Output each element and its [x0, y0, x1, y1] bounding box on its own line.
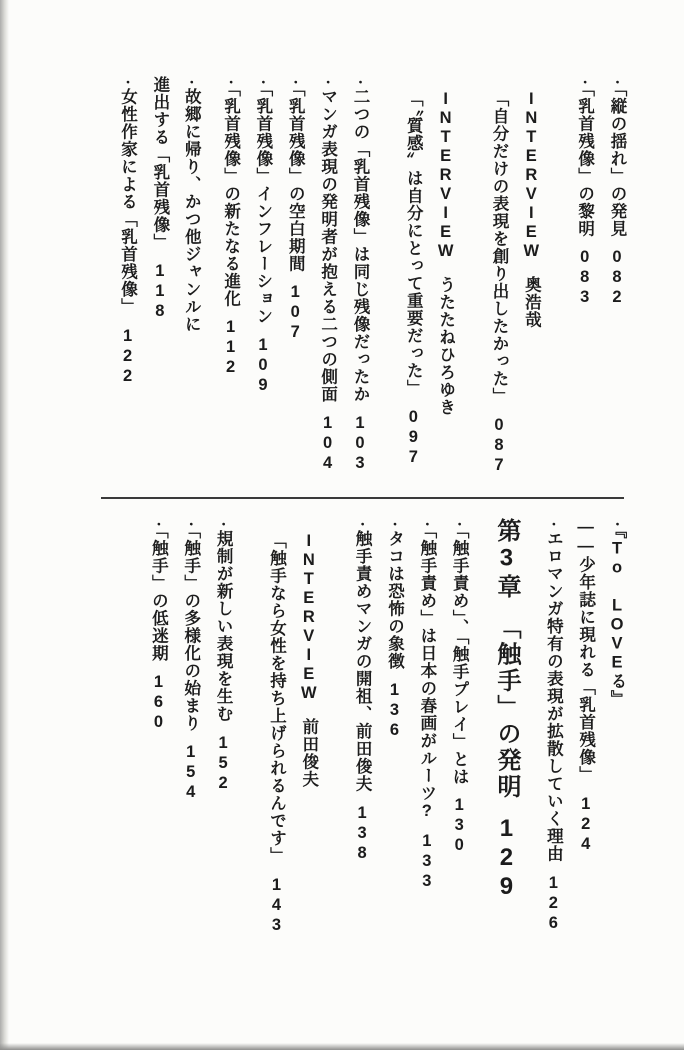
- interview-label: INTERVIEW: [437, 90, 455, 261]
- toc-entry-text: 二つの「乳首残像」は同じ残像だったか: [351, 88, 369, 403]
- toc-entry-page: 133: [418, 832, 436, 892]
- toc-entry-page: 154: [182, 743, 200, 803]
- bullet-icon: ・: [546, 518, 560, 530]
- bullet-icon: ・: [184, 518, 198, 530]
- toc-entry: ・「触手責め」は日本の春画がルーツ?133: [410, 518, 441, 954]
- bullet-icon: ・: [151, 518, 165, 530]
- toc-entry: ・触手責めマンガの開祖、前田俊夫138: [346, 518, 377, 954]
- toc-entry-page: 083: [576, 248, 594, 308]
- toc-entry-text: 「縦の揺れ」の発見: [608, 88, 626, 237]
- page-edge-shadow-bottom: [0, 1043, 684, 1050]
- toc-upper-section: ・「縦の揺れ」の発見082 ・「乳首残像」の黎明083 INTERVIEW奥浩哉…: [110, 76, 632, 496]
- toc-entry-page: 126: [544, 874, 562, 934]
- toc-entry-page: 118: [151, 262, 169, 322]
- section-divider: [101, 497, 624, 499]
- toc-lower-section: ・『To LOVEる』 ――少年誌に現れる「乳首残像」124 ・エロマンガ特有の…: [141, 518, 632, 954]
- toc-entry: ・規制が新しい表現を生む152: [207, 518, 238, 954]
- interview-label: INTERVIEW: [522, 90, 540, 261]
- toc-entry-text: エロマンガ特有の表現が拡散していく理由: [544, 530, 562, 863]
- chapter-title: 第3章 「触手」の発明: [493, 518, 520, 801]
- interview-heading: INTERVIEWうたたねひろゆき: [429, 76, 460, 496]
- toc-entry: ・エロマンガ特有の表現が拡散していく理由126: [537, 518, 568, 954]
- toc-entry-text: 「乳首残像」インフレーション: [254, 88, 272, 325]
- bullet-icon: ・: [610, 518, 624, 530]
- interview-name: 奥浩哉: [522, 276, 540, 329]
- toc-entry-page: 109: [254, 336, 272, 396]
- toc-entry: ・二つの「乳首残像」は同じ残像だったか103: [344, 76, 375, 496]
- toc-entry: ・「乳首残像」インフレーション109: [247, 76, 278, 496]
- toc-entry-text: タコは恐怖の象徴: [385, 530, 403, 670]
- toc-entry: 「〝質感〟は自分にとって重要だった」097: [397, 76, 428, 496]
- toc-entry-page: 136: [385, 681, 403, 741]
- bullet-icon: ・: [256, 76, 270, 88]
- page-edge-shadow-left: [0, 0, 9, 1050]
- toc-entry: ・『To LOVEる』 ――少年誌に現れる「乳首残像」124: [569, 518, 632, 954]
- toc-entry: ・「触手」の多様化の始まり154: [174, 518, 205, 954]
- toc-entry-page: 124: [577, 795, 595, 855]
- bullet-icon: ・: [420, 518, 434, 530]
- interview-heading: INTERVIEW奥浩哉: [515, 76, 546, 496]
- bullet-icon: ・: [355, 518, 369, 530]
- bullet-icon: ・: [610, 76, 624, 88]
- toc-entry-text: 『To LOVEる』 ――少年誌に現れる「乳首残像」: [577, 518, 626, 784]
- chapter-page: 129: [493, 815, 520, 902]
- book-page: ・「縦の揺れ」の発見082 ・「乳首残像」の黎明083 INTERVIEW奥浩哉…: [0, 0, 684, 1050]
- interview-name: 前田俊夫: [300, 718, 318, 788]
- toc-entry-page: 103: [351, 414, 369, 474]
- toc-entry-text: 「触手」の多様化の始まり: [182, 530, 200, 732]
- bullet-icon: ・: [121, 76, 135, 88]
- toc-entry: ・マンガ表現の発明者が抱える二つの側面104: [311, 76, 342, 496]
- toc-entry-text: 規制が新しい表現を生む: [214, 530, 232, 723]
- toc-entry-page: 160: [149, 673, 167, 733]
- toc-entry-page: 152: [214, 734, 232, 794]
- toc-entry: 「自分だけの表現を創り出したかった」087: [483, 76, 514, 496]
- chapter-heading: 第3章 「触手」の発明129: [488, 518, 523, 954]
- toc-entry-text: 女性作家による「乳首残像」: [119, 88, 137, 316]
- toc-entry: ・「乳首残像」の新たなる進化112: [214, 76, 245, 496]
- bullet-icon: ・: [224, 76, 238, 88]
- toc-entry-text: 「自分だけの表現を創り出したかった」: [490, 90, 508, 405]
- toc-entry-page: 143: [267, 876, 285, 936]
- toc-entry: ・「触手責め」、「触手プレイ」とは130: [443, 518, 474, 954]
- toc-entry: ・女性作家による「乳首残像」122: [111, 76, 142, 496]
- toc-entry-text: 触手責めマンガの開祖、前田俊夫: [353, 530, 371, 793]
- toc-entry-text: 「乳首残像」の空白期間: [286, 88, 304, 272]
- toc-entry: ・「乳首残像」の空白期間107: [279, 76, 310, 496]
- bullet-icon: ・: [288, 76, 302, 88]
- interview-name: うたたねひろゆき: [437, 276, 455, 416]
- toc-entry: ・「縦の揺れ」の発見082: [601, 76, 632, 496]
- bullet-icon: ・: [321, 76, 335, 88]
- toc-entry: ・タコは恐怖の象徴136: [378, 518, 409, 954]
- interview-label: INTERVIEW: [300, 532, 318, 703]
- toc-entry-text: 「触手責め」は日本の春画がルーツ?: [418, 530, 436, 821]
- toc-entry-page: 122: [119, 327, 137, 387]
- toc-entry-page: 138: [353, 804, 371, 864]
- toc-entry: ・故郷に帰り、かつ他ジャンルに 進出する「乳首残像」118: [144, 76, 207, 496]
- toc-entry-page: 112: [222, 318, 240, 378]
- toc-entry-text: マンガ表現の発明者が抱える二つの側面: [319, 88, 337, 403]
- toc-entry-text: 「乳首残像」の新たなる進化: [222, 88, 240, 307]
- toc-entry: ・「触手」の低迷期160: [142, 518, 173, 954]
- toc-entry-text: 「乳首残像」の黎明: [576, 88, 594, 237]
- toc-entry-page: 082: [608, 248, 626, 308]
- bullet-icon: ・: [353, 76, 367, 88]
- interview-heading: INTERVIEW前田俊夫: [292, 518, 323, 954]
- bullet-icon: ・: [452, 518, 466, 530]
- toc-entry-text: 「〝質感〟は自分にとって重要だった」: [404, 90, 422, 397]
- bullet-icon: ・: [578, 76, 592, 88]
- toc-entry-page: 104: [319, 414, 337, 474]
- toc-entry: ・「乳首残像」の黎明083: [568, 76, 599, 496]
- bullet-icon: ・: [184, 76, 198, 88]
- toc-entry-text: 「触手なら女性を持ち上げられるんです」: [267, 532, 285, 865]
- toc-entry-page: 097: [404, 408, 422, 468]
- toc-entry-page: 107: [286, 283, 304, 343]
- toc-entry-page: 130: [450, 796, 468, 856]
- toc-entry-page: 087: [490, 416, 508, 476]
- bullet-icon: ・: [387, 518, 401, 530]
- toc-entry: 「触手なら女性を持ち上げられるんです」143: [260, 518, 291, 954]
- bullet-icon: ・: [216, 518, 230, 530]
- toc-entry-text: 「触手」の低迷期: [149, 530, 167, 662]
- toc-entry-text: 「触手責め」、「触手プレイ」とは: [450, 530, 468, 785]
